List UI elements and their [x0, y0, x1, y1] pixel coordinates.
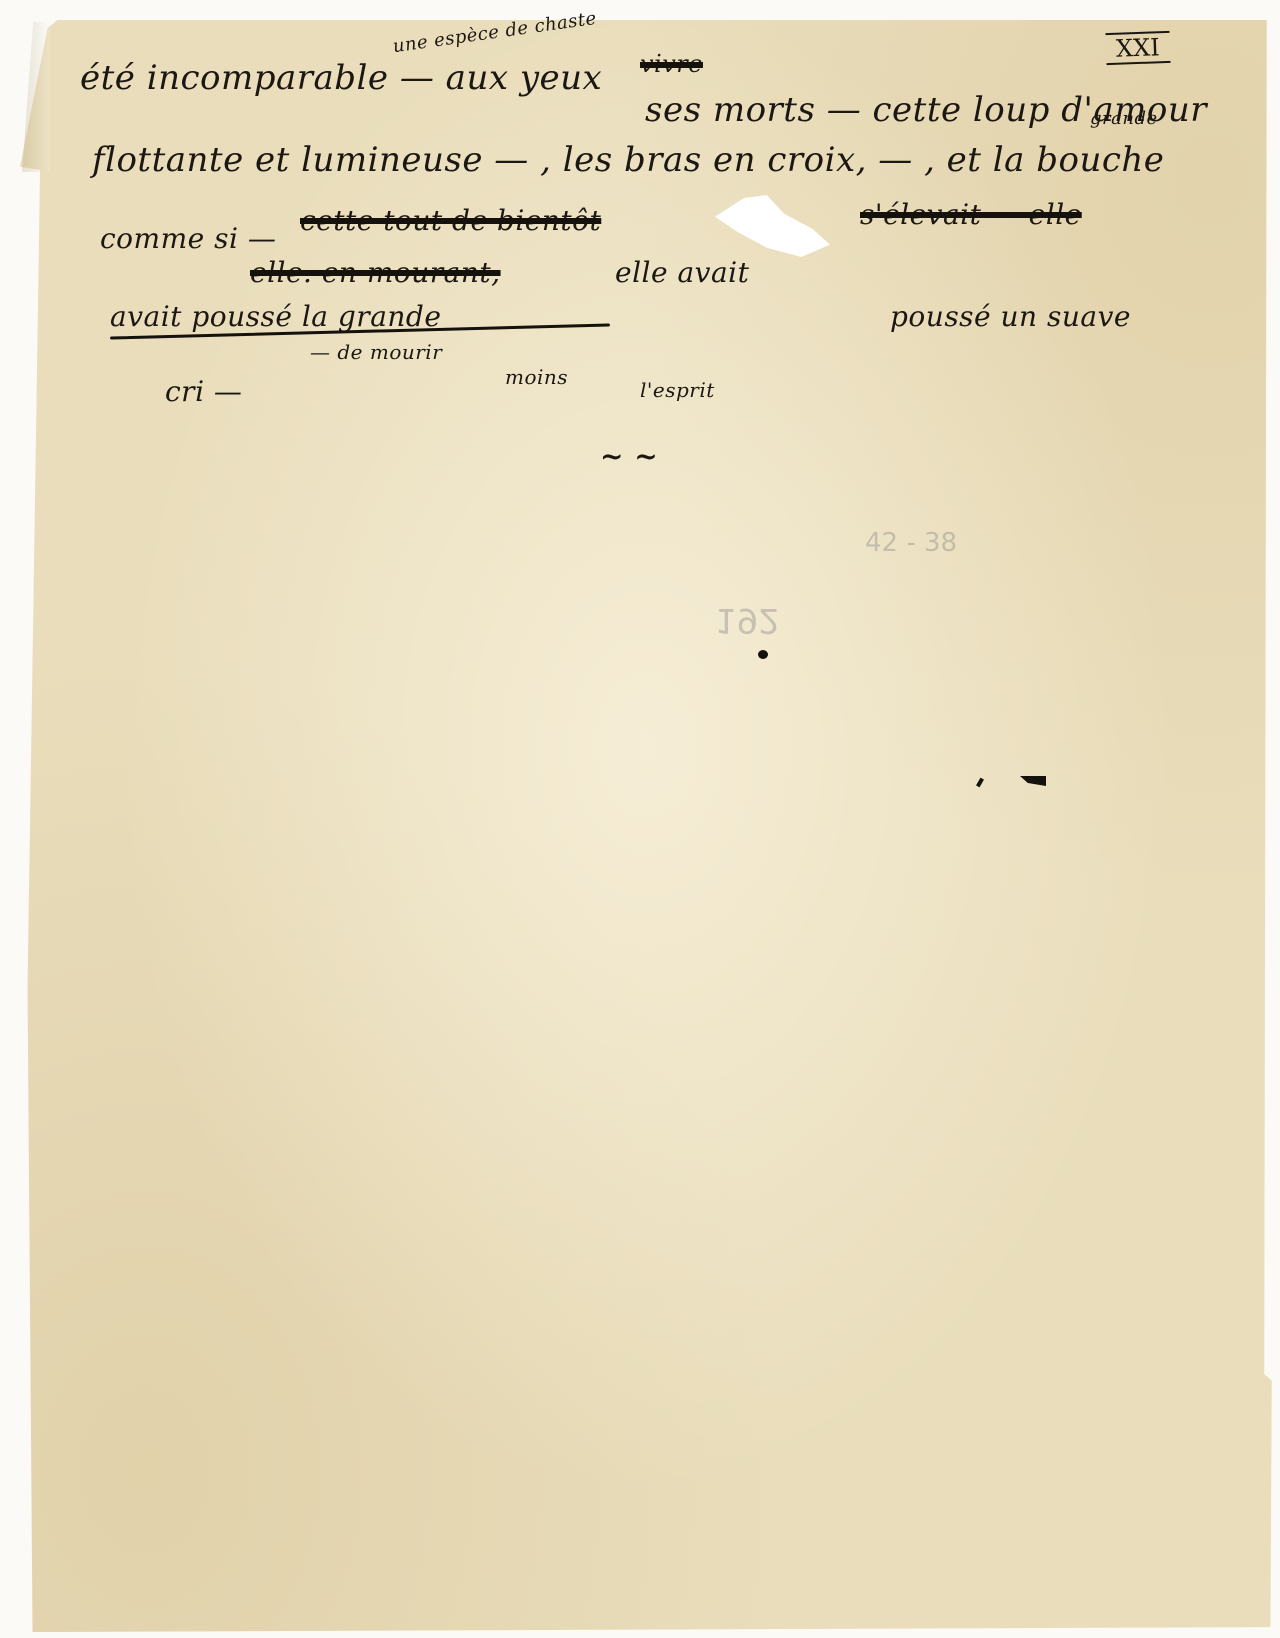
- struck-phrase: cette tout de bientôt: [300, 204, 601, 237]
- manuscript-line-7: cri —: [165, 375, 242, 408]
- manuscript-line-2: flottante et lumineuse — , les bras en c…: [92, 140, 1164, 180]
- folio-number: XXI: [1105, 31, 1170, 65]
- struck-phrase: elle. en mourant,: [250, 256, 501, 289]
- end-flourish: ~ ~: [600, 440, 658, 473]
- manuscript-line-4: elle avait: [615, 256, 749, 289]
- struck-word: vivre: [640, 50, 703, 78]
- manuscript-line-3: comme si —: [100, 222, 276, 255]
- folded-corner: [22, 22, 50, 172]
- struck-phrase: s'élevait — elle: [860, 198, 1082, 231]
- pencil-mark: 192: [715, 600, 780, 640]
- manuscript-line-5-cont: poussé un suave: [890, 300, 1131, 333]
- manuscript-line-5: avait poussé la grande: [110, 300, 441, 333]
- ink-blot: [758, 650, 768, 659]
- pencil-mark: 42 - 38: [865, 528, 957, 558]
- interlinear-insert: moins: [505, 365, 568, 389]
- interlinear-insert: grande: [1090, 108, 1158, 129]
- manuscript-line-6: — de mourir: [310, 340, 442, 364]
- interlinear-insert: l'esprit: [640, 378, 715, 402]
- manuscript-line-1: été incomparable — aux yeux: [80, 58, 602, 98]
